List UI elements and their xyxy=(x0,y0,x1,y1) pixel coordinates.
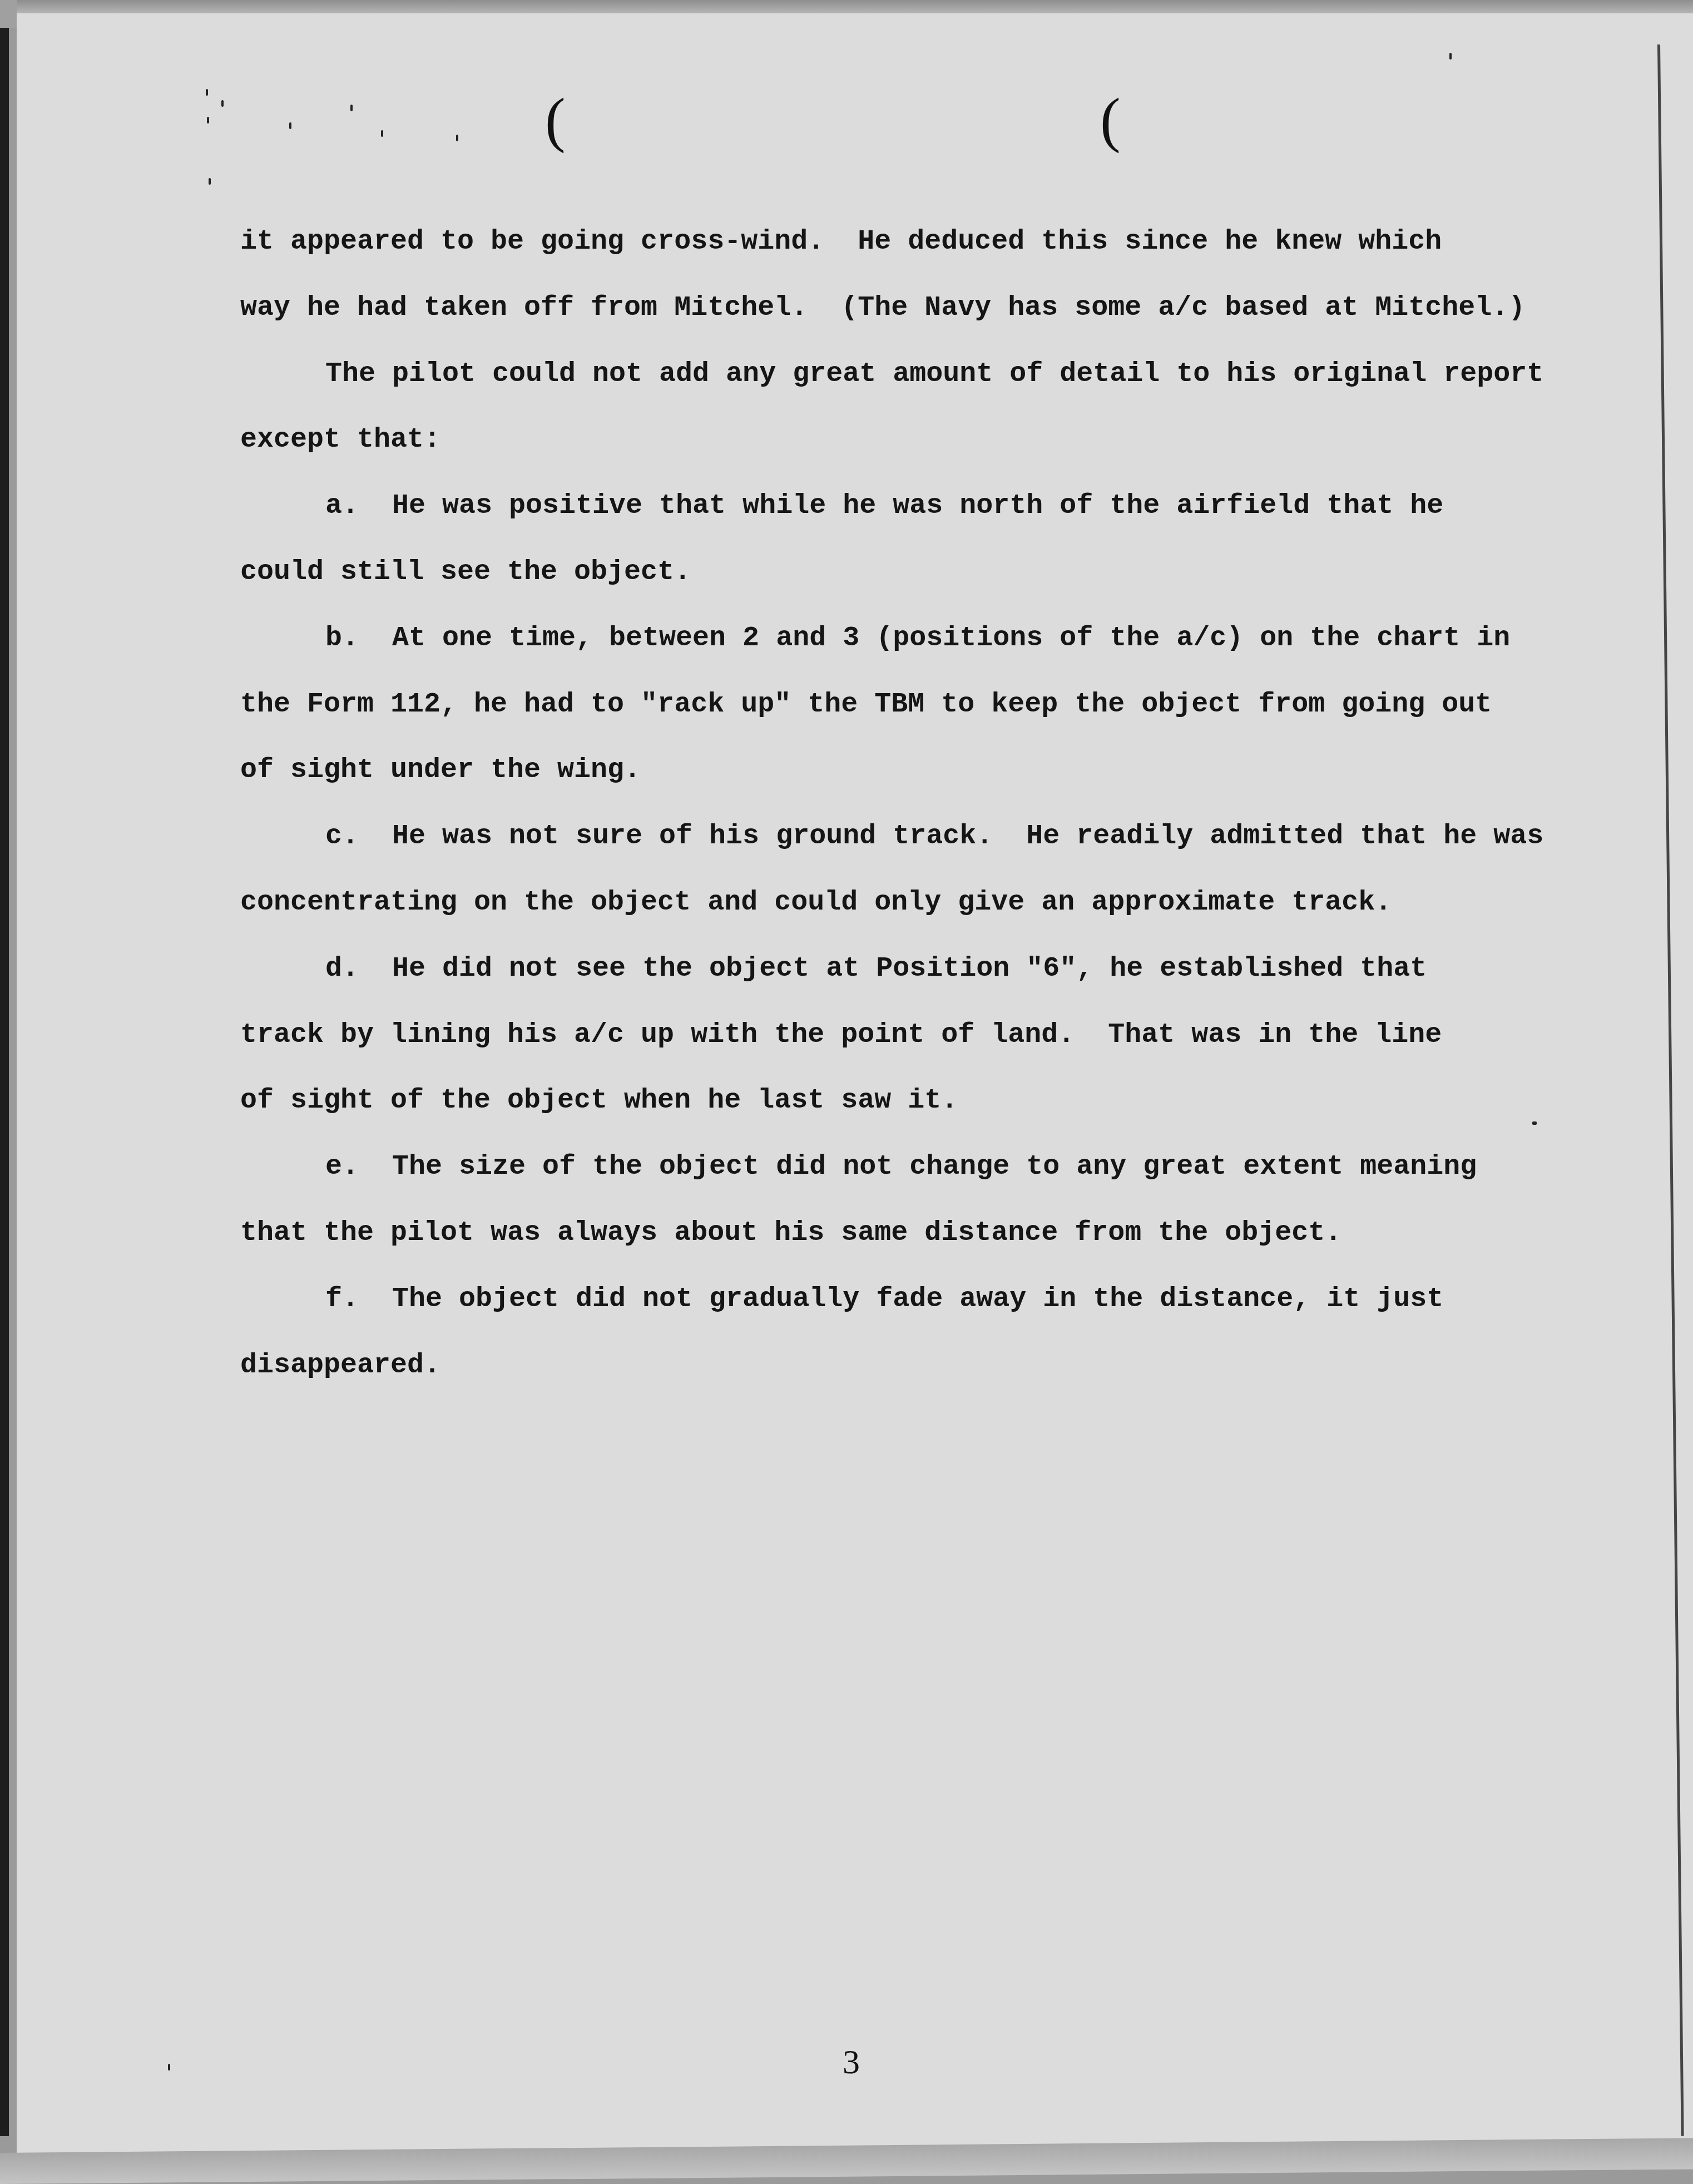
speck xyxy=(381,130,383,137)
speck xyxy=(1449,53,1452,60)
text-line: of sight of the object when he last saw … xyxy=(240,1087,958,1115)
list-item-f: f. The object did not gradually fade awa… xyxy=(325,1286,1443,1313)
text-line: that the pilot was always about his same… xyxy=(240,1219,1341,1247)
header-right-paren: ( xyxy=(1100,89,1121,150)
speck xyxy=(209,178,211,185)
list-item-e: e. The size of the object did not change… xyxy=(325,1153,1477,1181)
header-left-paren: ( xyxy=(545,89,566,150)
speck xyxy=(1532,1121,1537,1125)
text-line: The pilot could not add any great amount… xyxy=(325,360,1543,388)
text-line: the Form 112, he had to "rack up" the TB… xyxy=(240,691,1492,719)
text-line: of sight under the wing. xyxy=(240,757,641,784)
list-item-c: c. He was not sure of his ground track. … xyxy=(325,823,1543,851)
list-item-d: d. He did not see the object at Position… xyxy=(325,955,1427,983)
speck xyxy=(207,117,209,123)
speck xyxy=(168,2064,170,2071)
text-line: it appeared to be going cross-wind. He d… xyxy=(240,228,1442,256)
list-item-b: b. At one time, between 2 and 3 (positio… xyxy=(325,625,1510,653)
speck xyxy=(350,105,353,111)
speck xyxy=(206,89,208,96)
speck xyxy=(456,135,458,141)
document-page xyxy=(17,13,1693,2155)
page-number: 3 xyxy=(843,2043,860,2082)
scan-left-edge xyxy=(0,28,9,2136)
scan-top-edge xyxy=(0,0,1693,13)
list-item-a: a. He was positive that while he was nor… xyxy=(325,492,1443,520)
text-line: concentrating on the object and could on… xyxy=(240,889,1392,917)
speck xyxy=(221,100,224,107)
text-line: could still see the object. xyxy=(240,559,691,586)
speck xyxy=(289,122,291,129)
scan-left-corner xyxy=(0,0,17,28)
text-line: way he had taken off from Mitchel. (The … xyxy=(240,294,1525,322)
text-line: disappeared. xyxy=(240,1352,440,1380)
text-line: except that: xyxy=(240,426,440,454)
text-line: track by lining his a/c up with the poin… xyxy=(240,1021,1442,1049)
